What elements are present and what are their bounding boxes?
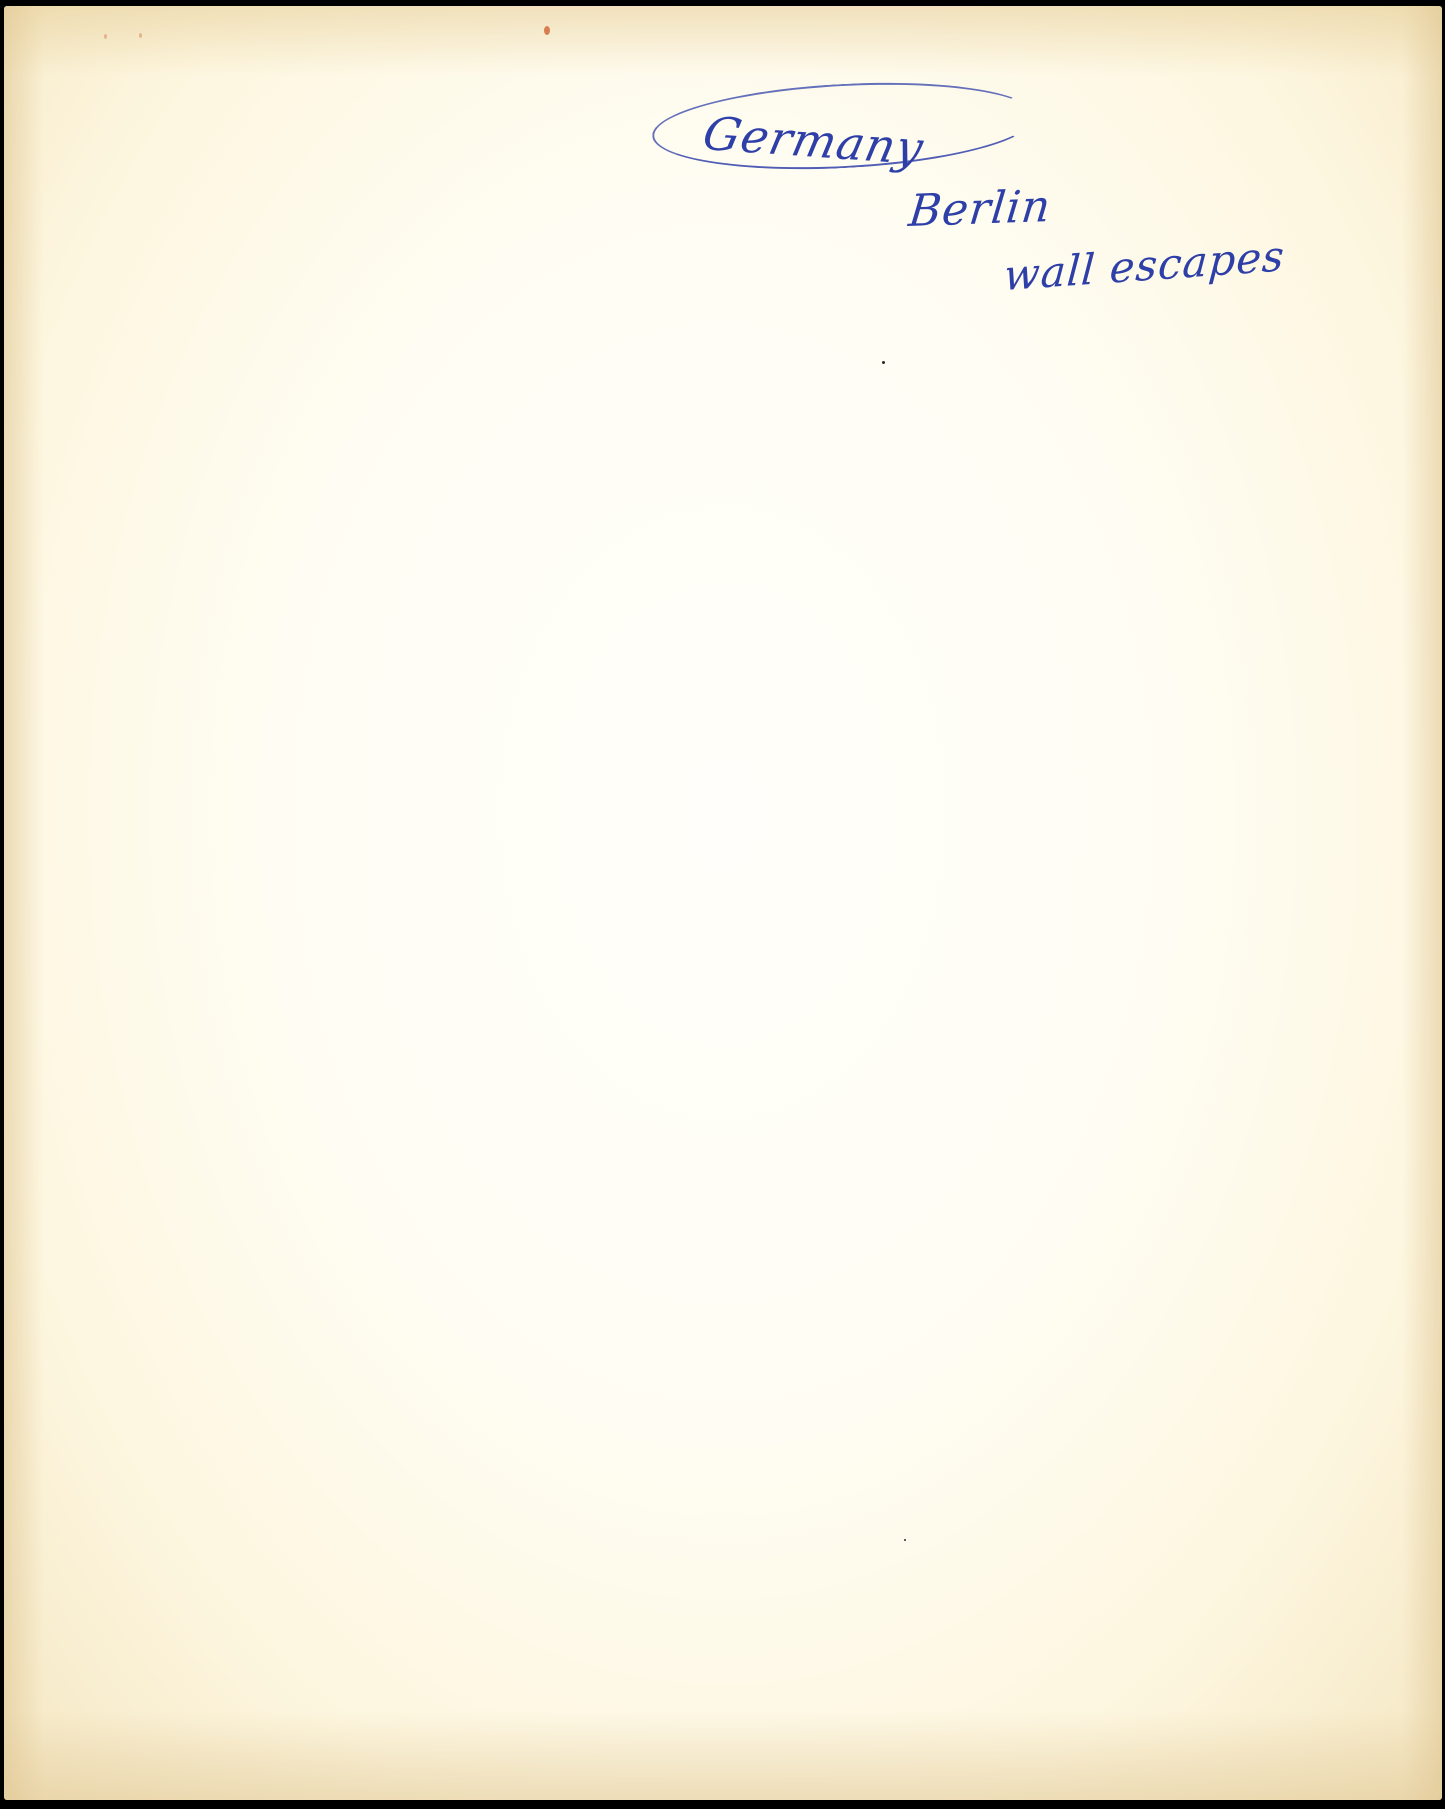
annotation-city: Berlin	[906, 181, 1053, 237]
dust-speck	[904, 1539, 906, 1541]
annotation-subject: wall escapes	[1002, 231, 1286, 300]
dust-speck	[882, 361, 885, 364]
rust-stain	[139, 33, 142, 38]
photo-back-sheet: Germany Berlin wall escapes	[4, 6, 1442, 1800]
rust-stain	[544, 26, 550, 35]
rust-stain	[104, 34, 107, 39]
aged-edge-left	[4, 6, 44, 1800]
aged-edge-right	[1402, 6, 1442, 1800]
